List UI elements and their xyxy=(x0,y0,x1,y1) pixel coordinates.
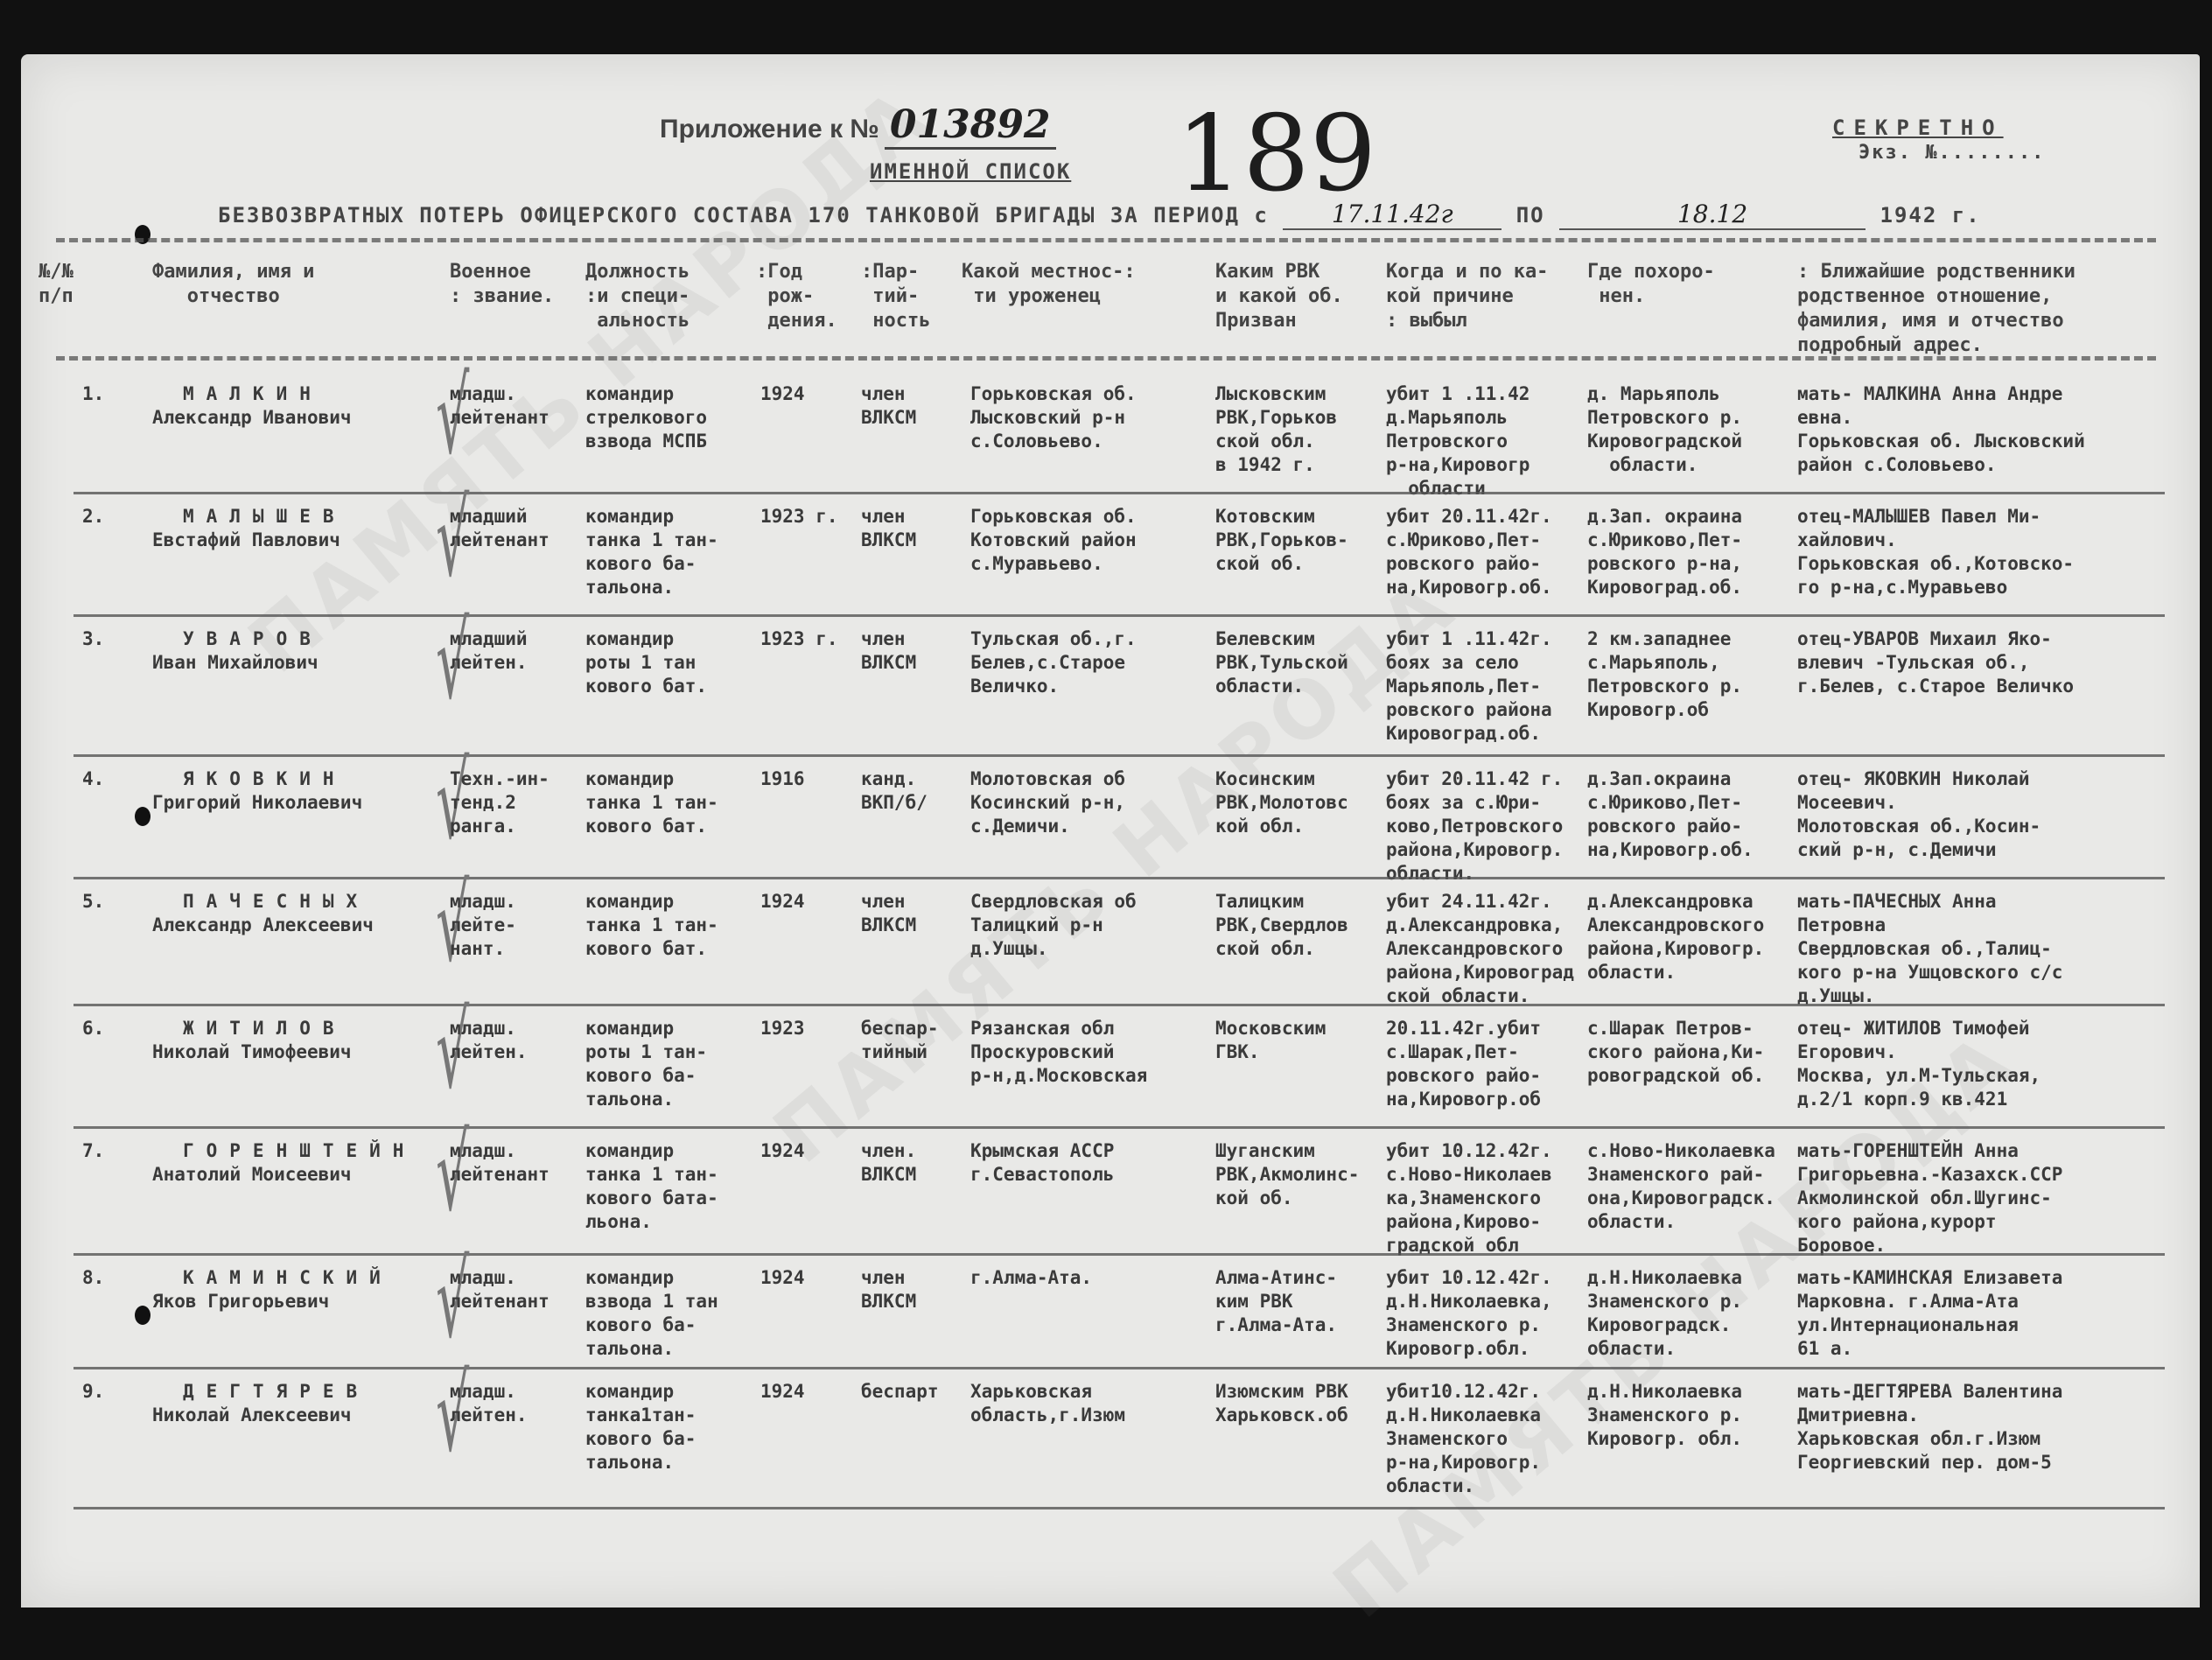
date-cause-of-loss: убит 20.11.42 г. боях за с.Юри- ково,Пет… xyxy=(1386,767,1563,886)
draft-office: Лысковским РВК,Горьков ской обл. в 1942 … xyxy=(1215,382,1337,477)
birthplace: Крымская АССР г.Севастополь xyxy=(970,1139,1114,1187)
burial-place: д. Марьяполь Петровского р. Кировоградск… xyxy=(1587,382,1742,477)
surname: ДЕГТЯРЕВ xyxy=(183,1380,369,1404)
burial-place: д.Н.Николаевка Знаменского р. Кировоград… xyxy=(1587,1266,1742,1361)
surname: ЖИТИЛОВ xyxy=(183,1017,346,1040)
appendix-number: 013892 xyxy=(885,102,1056,150)
draft-office: Талицким РВК,Свердлов ской обл. xyxy=(1215,890,1348,961)
burial-place: с.Ново-Николаевка Знаменского рай- она,К… xyxy=(1587,1139,1775,1234)
header-name: Фамилия, имя и отчество xyxy=(152,260,314,309)
given-name-patronymic: Александр Иванович xyxy=(152,406,352,430)
birthplace: г.Алма-Ата. xyxy=(970,1266,1092,1290)
divider xyxy=(56,238,2156,242)
position: командир танка1тан- кового ба- тальона. xyxy=(585,1380,696,1474)
birth-year: 1924 xyxy=(760,382,805,406)
birth-year: 1924 xyxy=(760,1266,805,1290)
burial-place: д.Зап. окраина с.Юриково,Пет- ровского р… xyxy=(1587,505,1742,599)
birth-year: 1924 xyxy=(760,1380,805,1404)
given-name-patronymic: Александр Алексеевич xyxy=(152,914,374,937)
birth-year: 1923 г. xyxy=(760,505,838,529)
date-cause-of-loss: 20.11.42г.убит с.Шарак,Пет- ровского рай… xyxy=(1386,1017,1541,1111)
next-of-kin: мать- МАЛКИНА Анна Андре евна. Горьковск… xyxy=(1797,382,2085,477)
military-rank: младш. лейте- нант. xyxy=(450,890,516,961)
row-number: 7. xyxy=(82,1139,104,1163)
birth-year: 1923 xyxy=(760,1017,805,1040)
given-name-patronymic: Николай Алексеевич xyxy=(152,1404,352,1427)
surname: ПАЧЕСНЫХ xyxy=(183,890,369,914)
next-of-kin: отец- ЖИТИЛОВ Тимофей Егорович. Москва, … xyxy=(1797,1017,2040,1111)
burial-place: д.Зап.окраина с.Юриково,Пет- ровского ра… xyxy=(1587,767,1753,862)
year-suffix: 1942 г. xyxy=(1880,203,1981,228)
list-subtitle: БЕЗВОЗВРАТНЫХ ПОТЕРЬ ОФИЦЕРСКОГО СОСТАВА… xyxy=(218,200,1981,230)
burial-place: д.Александровка Александровского района,… xyxy=(1587,890,1764,984)
given-name-patronymic: Анатолий Моисеевич xyxy=(152,1163,352,1187)
row-divider xyxy=(73,492,2165,494)
row-number: 3. xyxy=(82,627,104,651)
burial-place: д.Н.Николаевка Знаменского р. Кировогр. … xyxy=(1587,1380,1742,1451)
header-burial: Где похоро- нен. xyxy=(1587,260,1715,309)
row-divider xyxy=(73,1004,2165,1006)
row-divider xyxy=(73,1253,2165,1256)
given-name-patronymic: Григорий Николаевич xyxy=(152,791,362,815)
party-membership: член ВЛКСМ xyxy=(861,505,916,552)
header-birthplace: Какой местнос-: ти уроженец xyxy=(962,260,1136,309)
military-rank: младш. лейтен. xyxy=(450,1017,528,1064)
draft-office: Московским ГВК. xyxy=(1215,1017,1326,1064)
row-divider xyxy=(73,614,2165,617)
punch-hole xyxy=(135,807,150,826)
surname: ЯКОВКИН xyxy=(183,767,346,791)
military-rank: младш. лейтенант xyxy=(450,382,549,430)
draft-office: Шуганским РВК,Акмолинс- кой об. xyxy=(1215,1139,1359,1210)
appendix-reference: Приложение к №013892 xyxy=(660,102,1056,147)
burial-place: с.Шарак Петров- ского района,Ки- ровогра… xyxy=(1587,1017,1764,1088)
next-of-kin: мать-ГОРЕНШТЕЙН Анна Григорьевна.-Казахс… xyxy=(1797,1139,2062,1257)
header-party: :Пар- тий- ность xyxy=(861,260,930,333)
punch-hole xyxy=(135,1306,150,1325)
given-name-patronymic: Яков Григорьевич xyxy=(152,1290,329,1313)
position: командир танка 1 тан- кового бат. xyxy=(585,890,718,961)
surname: МАЛКИН xyxy=(183,382,323,406)
given-name-patronymic: Евстафий Павлович xyxy=(152,529,340,552)
position: командир роты 1 тан- кового ба- тальона. xyxy=(585,1017,707,1111)
row-divider xyxy=(73,754,2165,757)
position: командир стрелкового взвода МСПБ xyxy=(585,382,707,453)
row-divider xyxy=(73,1126,2165,1129)
given-name-patronymic: Иван Михайлович xyxy=(152,651,318,675)
row-divider xyxy=(73,877,2165,879)
party-membership: член ВЛКСМ xyxy=(861,890,916,937)
birthplace: Свердловская об Талицкий р-н д.Ушцы. xyxy=(970,890,1137,961)
position: командир танка 1 тан- кового бата- льона… xyxy=(585,1139,718,1234)
draft-office: Косинским РВК,Молотовс кой обл. xyxy=(1215,767,1348,838)
birthplace: Горьковская об. Котовский район с.Муравь… xyxy=(970,505,1137,576)
next-of-kin: отец-УВАРОВ Михаил Яко- влевич -Тульская… xyxy=(1797,627,2074,698)
military-rank: младш. лейтенант xyxy=(450,1139,549,1187)
position: командир взвода 1 тан кового ба- тальона… xyxy=(585,1266,718,1361)
draft-office: Изюмским РВК Харьковск.об xyxy=(1215,1380,1348,1427)
period-from: 17.11.42г xyxy=(1283,200,1501,230)
party-membership: член ВЛКСМ xyxy=(861,627,916,675)
period-to: 18.12 xyxy=(1559,200,1865,230)
header-draft: Каким РВК и какой об. Призван xyxy=(1215,260,1343,333)
row-number: 2. xyxy=(82,505,104,529)
military-rank: младший лейтенант xyxy=(450,505,549,552)
row-number: 9. xyxy=(82,1380,104,1404)
row-number: 5. xyxy=(82,890,104,914)
birth-year: 1924 xyxy=(760,890,805,914)
row-number: 4. xyxy=(82,767,104,791)
row-number: 6. xyxy=(82,1017,104,1040)
date-cause-of-loss: убит 10.12.42г. с.Ново-Николаев ка,Знаме… xyxy=(1386,1139,1552,1257)
list-title: ИМЕННОЙ СПИСОК xyxy=(870,159,1071,184)
appendix-label: Приложение к № xyxy=(660,115,879,144)
date-cause-of-loss: убит 1 .11.42г. боях за село Марьяполь,П… xyxy=(1386,627,1552,746)
birth-year: 1916 xyxy=(760,767,805,791)
military-rank: младш. лейтен. xyxy=(450,1380,528,1427)
birthplace: Молотовская об Косинский р-н, с.Демичи. xyxy=(970,767,1125,838)
surname: МАЛЫШЕВ xyxy=(183,505,346,529)
subtitle-prefix: БЕЗВОЗВРАТНЫХ ПОТЕРЬ ОФИЦЕРСКОГО СОСТАВА… xyxy=(218,203,1269,228)
given-name-patronymic: Николай Тимофеевич xyxy=(152,1040,352,1064)
birthplace: Горьковская об. Лысковский р-н с.Соловье… xyxy=(970,382,1137,453)
header-position: Должность :и специ- альность xyxy=(585,260,689,333)
folio-number: 189 xyxy=(1176,98,1376,212)
party-membership: канд. ВКП/б/ xyxy=(861,767,927,815)
next-of-kin: отец- ЯКОВКИН Николай Мосеевич. Молотовс… xyxy=(1797,767,2040,862)
surname: УВАРОВ xyxy=(183,627,323,651)
next-of-kin: мать-ДЕГТЯРЕВА Валентина Дмитриевна. Хар… xyxy=(1797,1380,2062,1474)
row-divider xyxy=(73,1367,2165,1369)
date-cause-of-loss: убит 1 .11.42 д.Марьяполь Петровского р-… xyxy=(1386,382,1529,501)
draft-office: Алма-Атинс- ким РВК г.Алма-Ата. xyxy=(1215,1266,1337,1337)
party-membership: член. ВЛКСМ xyxy=(861,1139,916,1187)
draft-office: Белевским РВК,Тульской области. xyxy=(1215,627,1348,698)
party-membership: беспарт xyxy=(861,1380,939,1404)
birth-year: 1923 г. xyxy=(760,627,838,651)
draft-office: Котовским РВК,Горьков- ской об. xyxy=(1215,505,1348,576)
header-kin: : Ближайшие родственники родственное отн… xyxy=(1797,260,2075,358)
classification-stamp: СЕКРЕТНО xyxy=(1832,116,2004,140)
header-fate: Когда и по ка- кой причине : выбыл xyxy=(1386,260,1548,333)
next-of-kin: мать-ПАЧЕСНЫХ Анна Петровна Свердловская… xyxy=(1797,890,2062,1008)
party-membership: беспар- тийный xyxy=(861,1017,939,1064)
date-cause-of-loss: убит 20.11.42г. с.Юриково,Пет- ровского … xyxy=(1386,505,1552,599)
next-of-kin: мать-КАМИНСКАЯ Елизавета Марковна. г.Алм… xyxy=(1797,1266,2062,1361)
date-cause-of-loss: убит 24.11.42г. д.Александровка, Алексан… xyxy=(1386,890,1574,1008)
birthplace: Тульская об.,г. Белев,с.Старое Величко. xyxy=(970,627,1137,698)
row-number: 8. xyxy=(82,1266,104,1290)
date-cause-of-loss: убит10.12.42г. д.Н.Николаевка Знаменског… xyxy=(1386,1380,1541,1498)
document-sheet: ПАМЯТЬ НАРОДА ПАМЯТЬ НАРОДА ПАМЯТЬ НАРОД… xyxy=(21,54,2200,1607)
party-membership: член ВЛКСМ xyxy=(861,382,916,430)
copy-number: Экз. №........ xyxy=(1858,142,2045,164)
military-rank: Техн.-ин- тенд.2 ранга. xyxy=(450,767,549,838)
row-divider xyxy=(73,1507,2165,1509)
birthplace: Рязанская обл Проскуровский р-н,д.Москов… xyxy=(970,1017,1147,1088)
military-rank: младш. лейтенант xyxy=(450,1266,549,1313)
next-of-kin: отец-МАЛЫШЕВ Павел Ми- хайлович. Горьков… xyxy=(1797,505,2074,599)
header-num: №/№ п/п xyxy=(38,260,73,309)
date-cause-of-loss: убит 10.12.42г. д.Н.Николаевка, Знаменск… xyxy=(1386,1266,1552,1361)
birthplace: Харьковская область,г.Изюм xyxy=(970,1380,1125,1427)
position: командир танка 1 тан- кового ба- тальона… xyxy=(585,505,718,599)
position: командир танка 1 тан- кового бат. xyxy=(585,767,718,838)
header-rank: Военное : звание. xyxy=(450,260,554,309)
surname: ГОРЕНШТЕЙН xyxy=(183,1139,416,1163)
birth-year: 1924 xyxy=(760,1139,805,1163)
surname: КАМИНСКИЙ xyxy=(183,1266,393,1290)
position: командир роты 1 тан кового бат. xyxy=(585,627,707,698)
header-born: :Год рож- дения. xyxy=(756,260,837,333)
row-number: 1. xyxy=(82,382,104,406)
divider xyxy=(56,356,2156,361)
military-rank: младший лейтен. xyxy=(450,627,528,675)
period-to-label: ПО xyxy=(1516,203,1545,228)
party-membership: член ВЛКСМ xyxy=(861,1266,916,1313)
burial-place: 2 км.западнее с.Марьяполь, Петровского р… xyxy=(1587,627,1742,722)
